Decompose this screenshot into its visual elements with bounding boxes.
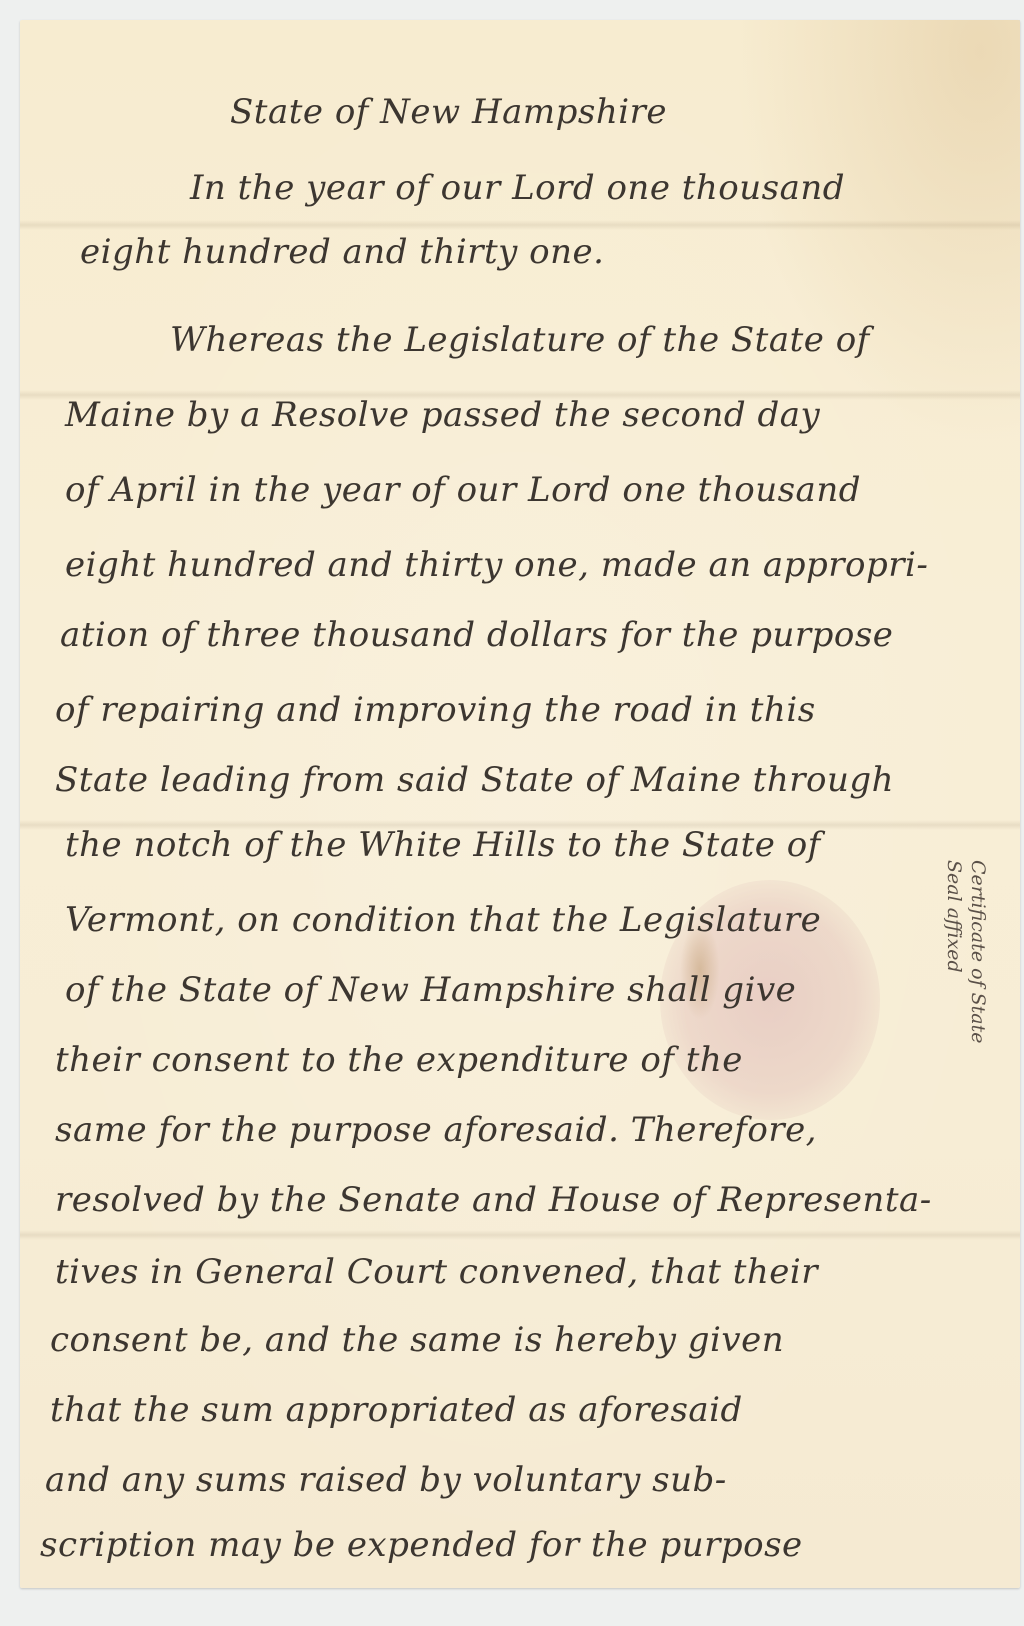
manuscript-line: resolved by the Senate and House of Repr…: [55, 1180, 932, 1220]
document-title: State of New Hampshire: [230, 92, 667, 132]
manuscript-line: that the sum appropriated as aforesaid: [50, 1390, 743, 1430]
manuscript-line: eight hundred and thirty one, made an ap…: [65, 545, 928, 585]
manuscript-page: State of New Hampshire In the year of ou…: [20, 20, 1020, 1588]
manuscript-line: of repairing and improving the road in t…: [55, 690, 816, 730]
manuscript-line: same for the purpose aforesaid. Therefor…: [55, 1110, 817, 1150]
manuscript-line: the notch of the White Hills to the Stat…: [65, 825, 821, 865]
margin-annotation-line: Certificate of State: [966, 860, 990, 1044]
manuscript-line: and any sums raised by voluntary sub-: [45, 1460, 727, 1500]
manuscript-line: tives in General Court convened, that th…: [55, 1252, 818, 1292]
manuscript-line: their consent to the expenditure of the: [55, 1040, 743, 1080]
manuscript-line: of April in the year of our Lord one tho…: [65, 470, 861, 510]
manuscript-line: Whereas the Legislature of the State of: [170, 320, 870, 360]
margin-annotation: Certificate of State Seal affixed: [942, 860, 990, 1044]
paper-fold: [20, 1230, 1020, 1240]
manuscript-line: ation of three thousand dollars for the …: [60, 615, 893, 655]
manuscript-line: of the State of New Hampshire shall give: [65, 970, 796, 1010]
paper-fold: [20, 220, 1020, 230]
manuscript-line: Maine by a Resolve passed the second day: [65, 395, 820, 435]
manuscript-line: Vermont, on condition that the Legislatu…: [65, 900, 821, 940]
manuscript-line: eight hundred and thirty one.: [80, 232, 604, 272]
margin-annotation-line: Seal affixed: [942, 860, 966, 1044]
manuscript-line: consent be, and the same is hereby given: [50, 1320, 784, 1360]
manuscript-line: In the year of our Lord one thousand: [190, 168, 845, 208]
manuscript-line: scription may be expended for the purpos…: [40, 1525, 803, 1565]
manuscript-line: State leading from said State of Maine t…: [55, 760, 894, 800]
